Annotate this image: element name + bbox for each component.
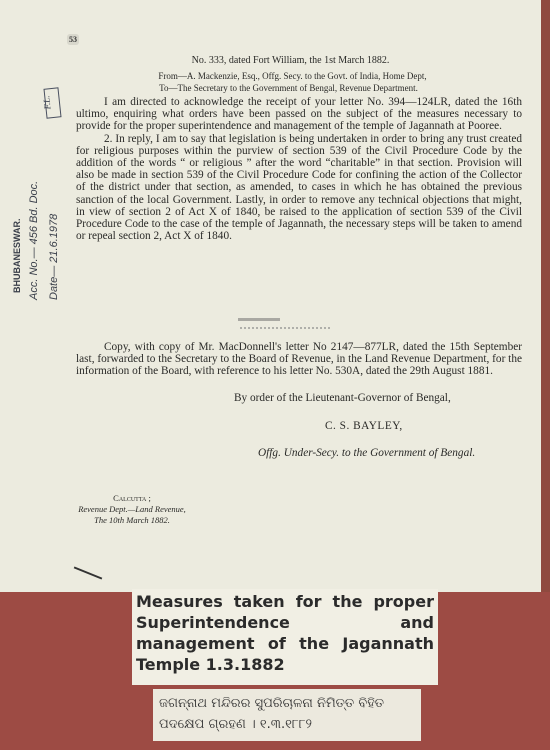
letter-heading: No. 333, dated Fort William, the 1st Mar… (20, 55, 550, 67)
from-line: From—A. Mackenzie, Esq., Offg. Secy. to … (22, 70, 550, 82)
copy-paragraph: Copy, with copy of Mr. MacDonnell's lett… (76, 341, 522, 378)
caption-english: Measures taken for the proper Superinten… (132, 589, 438, 685)
archive-accession-stamp: BHUBANESWAR. Acc. No.— 456 Bd. Doc. Date… (6, 128, 86, 298)
display-board-edge (541, 0, 550, 592)
ink-smudge (238, 318, 280, 321)
letter-paragraphs: I am directed to acknowledge the receipt… (76, 96, 522, 242)
file-mark-box: F.L. (43, 87, 61, 118)
ink-smudge-dotted (240, 327, 330, 331)
stamp-institution: BHUBANESWAR. (12, 218, 22, 293)
archival-document-page: 53 No. 333, dated Fort William, the 1st … (0, 0, 541, 592)
to-line: To—The Secretary to the Government of Be… (18, 82, 550, 94)
signatory-name: C. S. BAYLEY, (325, 420, 403, 432)
place-line-city: Calcutta ; (62, 493, 202, 504)
place-line-dept: Revenue Dept.—Land Revenue, (62, 504, 202, 515)
by-order-line: By order of the Lieutenant-Governor of B… (234, 392, 451, 404)
file-mark-text: F.L. (41, 95, 52, 110)
place-line-date: The 10th March 1882. (62, 515, 202, 526)
caption-odia: ଜଗନ୍ନାଥ ମନ୍ଦିରର ସୁପରିଚାଳନା ନିମିତ୍ତ ବିହିତ… (153, 689, 421, 741)
paragraph-1: I am directed to acknowledge the receipt… (76, 96, 522, 133)
stamp-date: Date— 21.6.1978 (48, 214, 60, 300)
signatory-title: Offg. Under-Secy. to the Government of B… (258, 447, 475, 459)
paragraph-2: 2. In reply, I am to say that legislatio… (76, 133, 522, 243)
place-date-block: Calcutta ; Revenue Dept.—Land Revenue, T… (62, 493, 202, 526)
stamp-accession-number: Acc. No.— 456 Bd. Doc. (28, 181, 40, 300)
copy-forwarding-note: Copy, with copy of Mr. MacDonnell's lett… (76, 341, 522, 378)
